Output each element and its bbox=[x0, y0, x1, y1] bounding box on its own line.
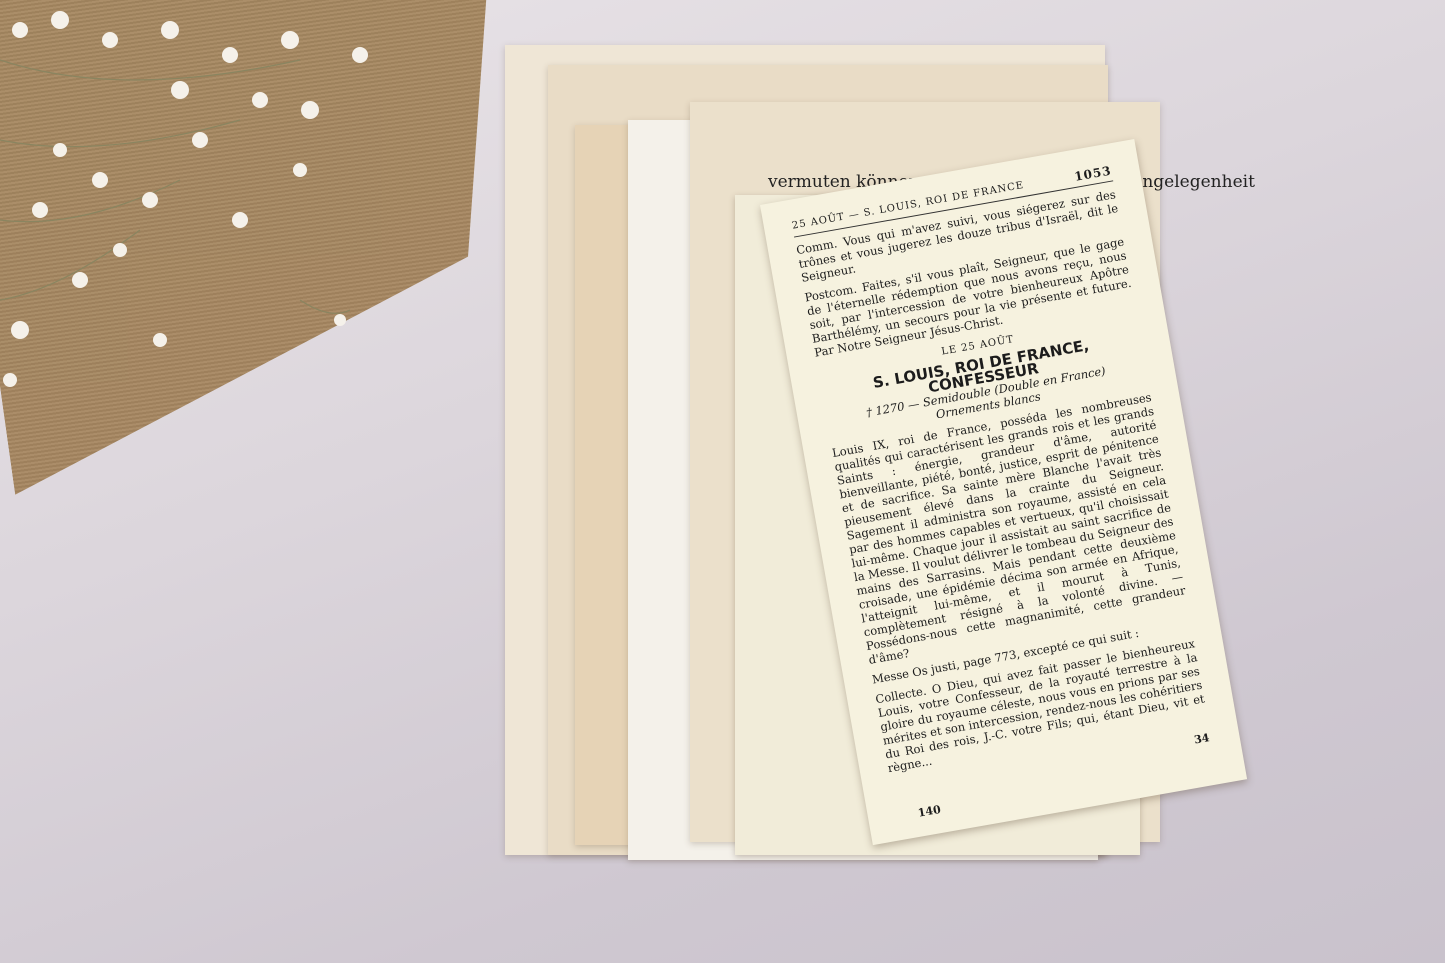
page-number-bottom: 140 bbox=[917, 803, 942, 821]
babys-breath-flowers-icon bbox=[0, 0, 400, 400]
page-number-right: 34 bbox=[1193, 731, 1211, 747]
page-number: 1053 bbox=[1073, 164, 1112, 184]
